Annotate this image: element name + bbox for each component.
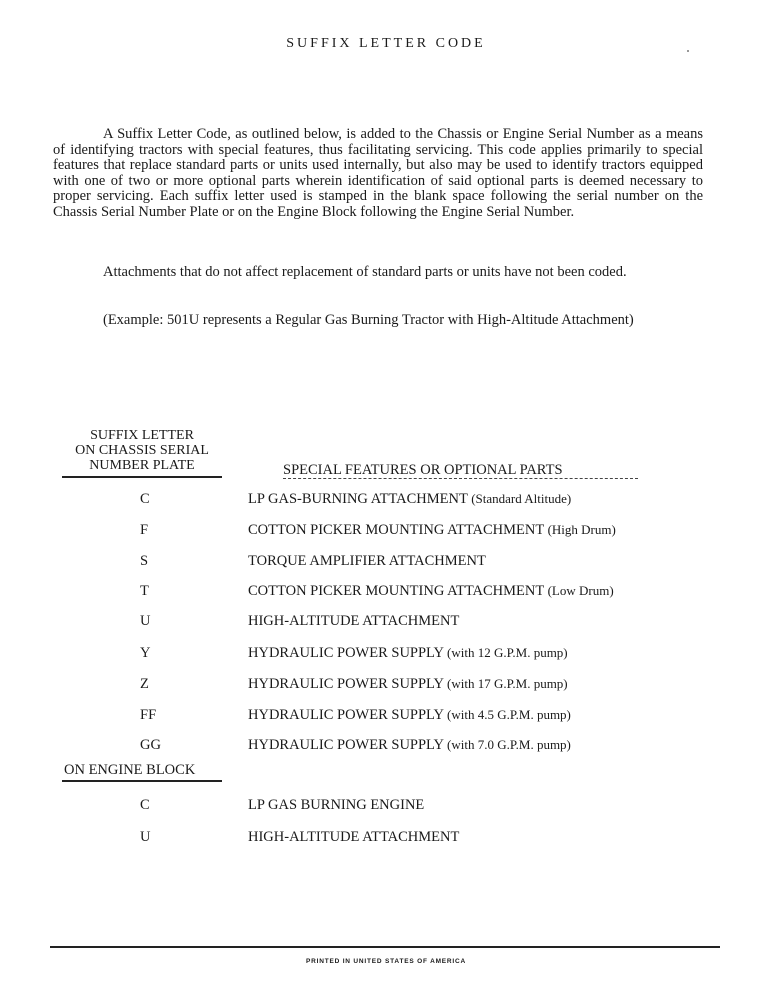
intro-paragraph: A Suffix Letter Code, as outlined below,…	[53, 127, 703, 220]
feature-description: HIGH-ALTITUDE ATTACHMENT	[248, 829, 459, 846]
feature-note: (with 17 G.P.M. pump)	[447, 676, 568, 691]
printed-footer: PRINTED IN UNITED STATES OF AMERICA	[0, 958, 772, 965]
feature-description: TORQUE AMPLIFIER ATTACHMENT	[248, 553, 486, 570]
attachments-paragraph: Attachments that do not affect replaceme…	[53, 265, 703, 281]
suffix-code: U	[140, 613, 170, 630]
suffix-code: GG	[140, 737, 170, 754]
suffix-code: Z	[140, 676, 170, 693]
feature-description: HYDRAULIC POWER SUPPLY (with 17 G.P.M. p…	[248, 676, 568, 693]
features-column-header: SPECIAL FEATURES OR OPTIONAL PARTS	[283, 462, 563, 479]
feature-name: LP GAS BURNING ENGINE	[248, 797, 424, 813]
page-title: SUFFIX LETTER CODE	[0, 36, 772, 52]
feature-note: (High Drum)	[548, 522, 616, 537]
feature-description: HYDRAULIC POWER SUPPLY (with 4.5 G.P.M. …	[248, 707, 571, 724]
engine-block-header: ON ENGINE BLOCK	[64, 762, 195, 779]
feature-description: HYDRAULIC POWER SUPPLY (with 7.0 G.P.M. …	[248, 737, 571, 754]
intro-paragraph-text: A Suffix Letter Code, as outlined below,…	[53, 126, 703, 220]
engine-header-underline	[62, 780, 222, 782]
feature-name: HYDRAULIC POWER SUPPLY	[248, 707, 443, 723]
header-line: SUFFIX LETTER	[62, 428, 222, 443]
suffix-code: C	[140, 797, 170, 814]
suffix-code: S	[140, 553, 170, 570]
suffix-code: F	[140, 522, 170, 539]
header-underline-dashed	[283, 478, 638, 479]
feature-name: COTTON PICKER MOUNTING ATTACHMENT	[248, 583, 544, 599]
feature-description: COTTON PICKER MOUNTING ATTACHMENT (High …	[248, 522, 616, 539]
suffix-code: C	[140, 491, 170, 508]
feature-name: COTTON PICKER MOUNTING ATTACHMENT	[248, 522, 544, 538]
feature-name: HYDRAULIC POWER SUPPLY	[248, 737, 443, 753]
example-paragraph-text: (Example: 501U represents a Regular Gas …	[103, 312, 634, 328]
feature-description: HYDRAULIC POWER SUPPLY (with 12 G.P.M. p…	[248, 645, 568, 662]
feature-note: (with 12 G.P.M. pump)	[447, 645, 568, 660]
feature-note: (Standard Altitude)	[471, 491, 571, 506]
feature-note: (with 4.5 G.P.M. pump)	[447, 707, 571, 722]
example-paragraph: (Example: 501U represents a Regular Gas …	[53, 313, 703, 329]
feature-name: HIGH-ALTITUDE ATTACHMENT	[248, 613, 459, 629]
feature-name: LP GAS-BURNING ATTACHMENT	[248, 491, 468, 507]
header-line: NUMBER PLATE	[62, 458, 222, 473]
feature-description: LP GAS-BURNING ATTACHMENT (Standard Alti…	[248, 491, 571, 508]
header-line: ON CHASSIS SERIAL	[62, 443, 222, 458]
feature-description: COTTON PICKER MOUNTING ATTACHMENT (Low D…	[248, 583, 614, 600]
feature-note: (with 7.0 G.P.M. pump)	[447, 737, 571, 752]
feature-description: LP GAS BURNING ENGINE	[248, 797, 424, 814]
suffix-code: U	[140, 829, 170, 846]
header-underline	[62, 476, 222, 478]
suffix-code: Y	[140, 645, 170, 662]
feature-name: HYDRAULIC POWER SUPPLY	[248, 676, 443, 692]
feature-name: HYDRAULIC POWER SUPPLY	[248, 645, 443, 661]
feature-name: HIGH-ALTITUDE ATTACHMENT	[248, 829, 459, 845]
suffix-code: T	[140, 583, 170, 600]
feature-description: HIGH-ALTITUDE ATTACHMENT	[248, 613, 459, 630]
feature-name: TORQUE AMPLIFIER ATTACHMENT	[248, 553, 486, 569]
footer-rule	[50, 946, 720, 948]
suffix-code: FF	[140, 707, 170, 724]
attachments-paragraph-text: Attachments that do not affect replaceme…	[103, 264, 627, 280]
feature-note: (Low Drum)	[548, 583, 614, 598]
suffix-column-header: SUFFIX LETTER ON CHASSIS SERIAL NUMBER P…	[62, 428, 222, 473]
